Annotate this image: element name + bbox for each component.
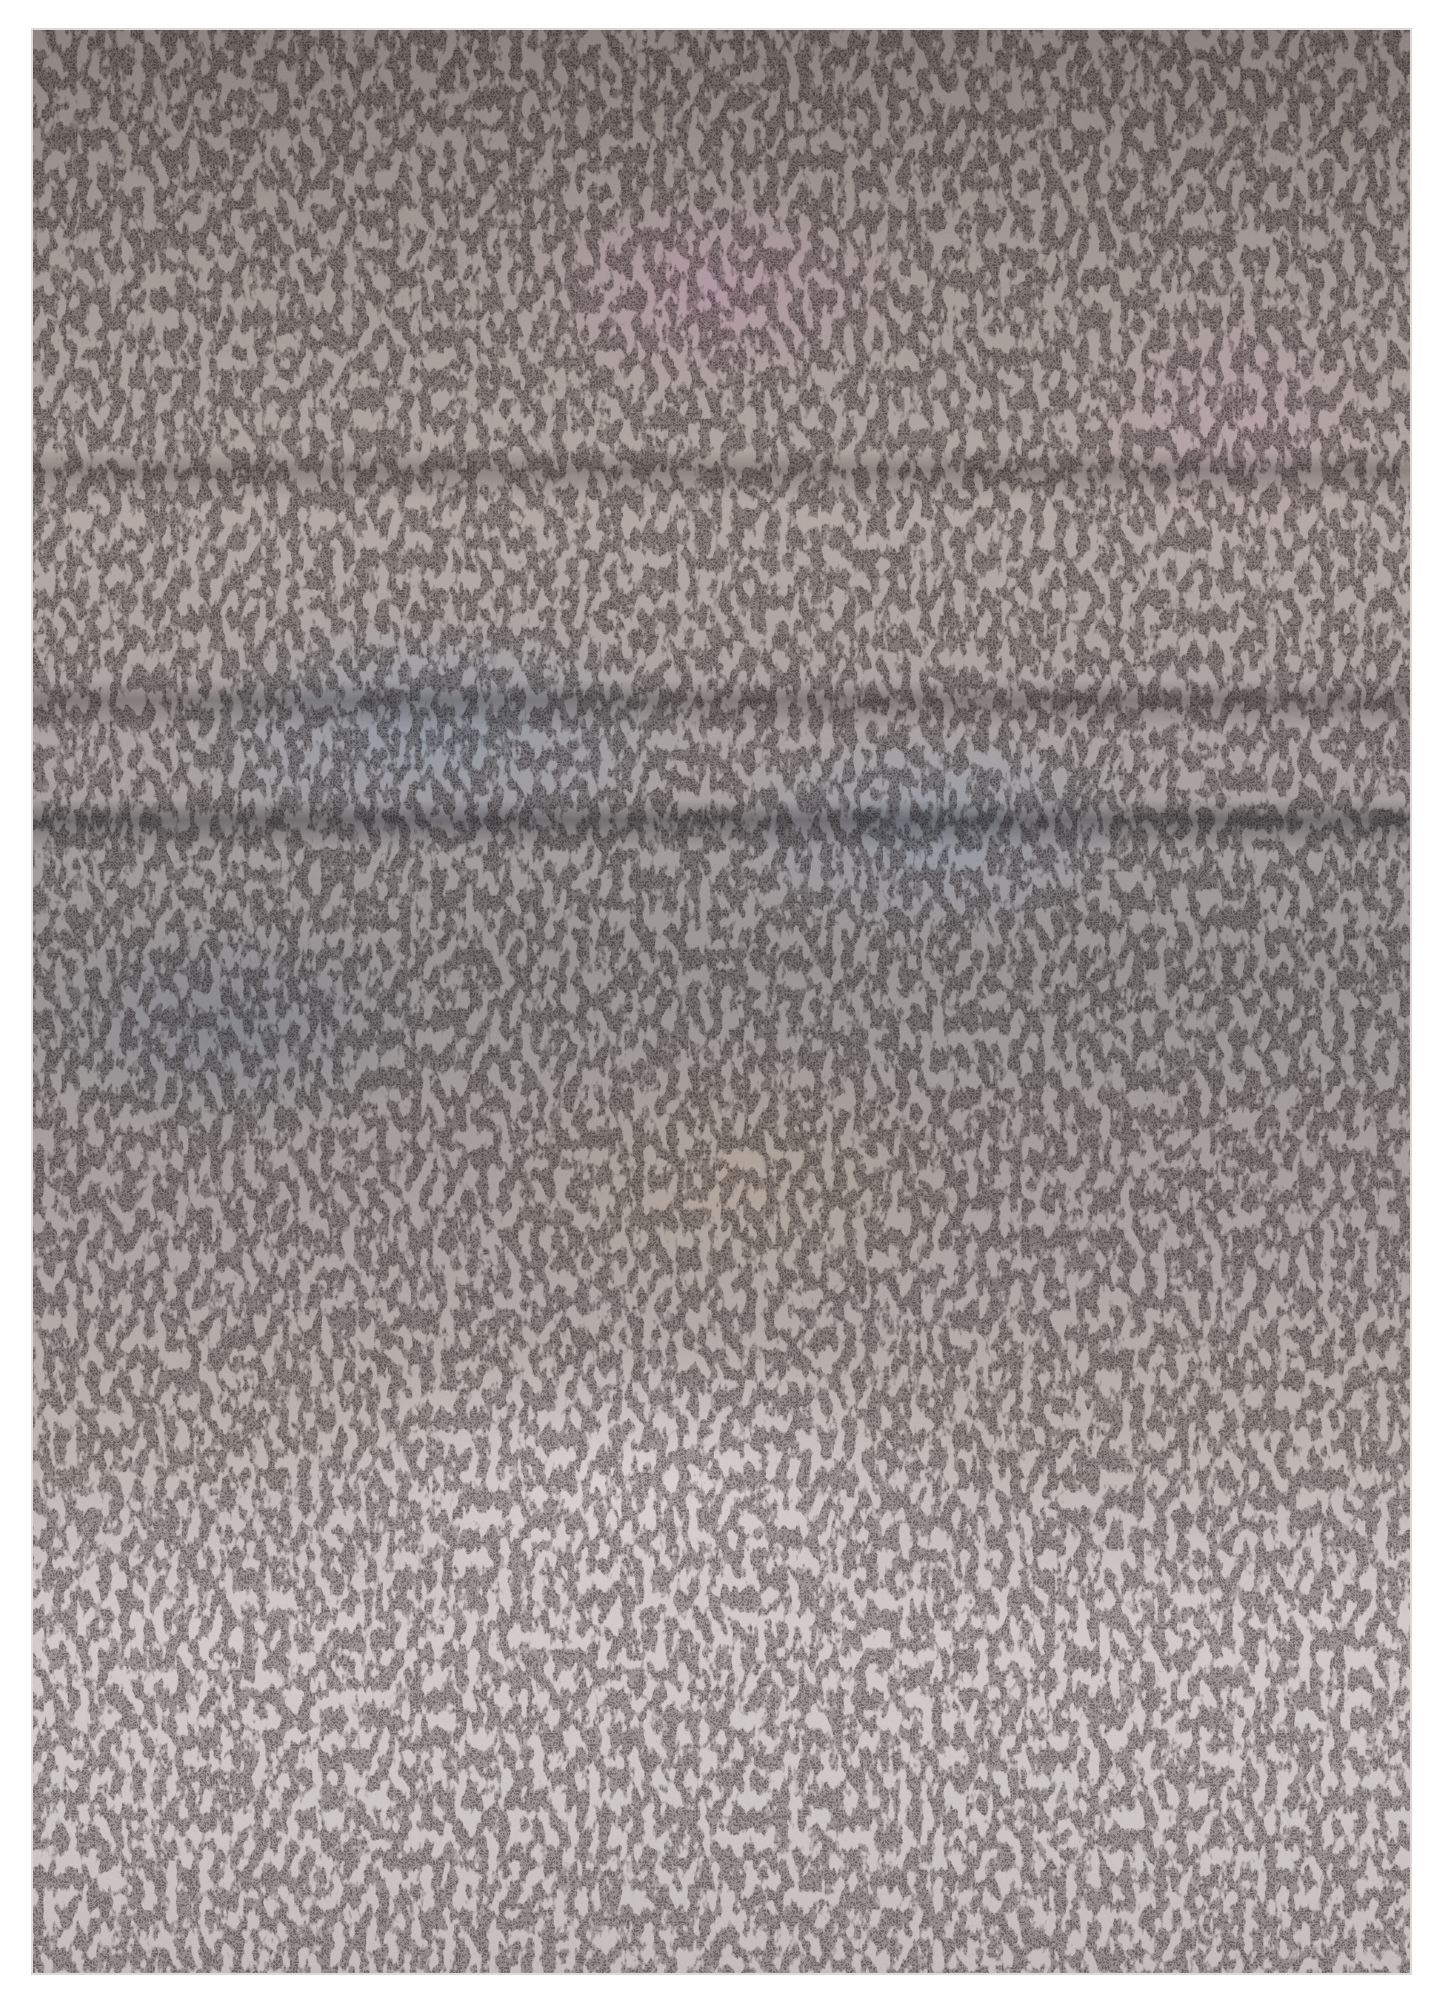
rug-crackle-texture [33, 30, 1410, 1973]
rug-photo [31, 28, 1412, 1975]
